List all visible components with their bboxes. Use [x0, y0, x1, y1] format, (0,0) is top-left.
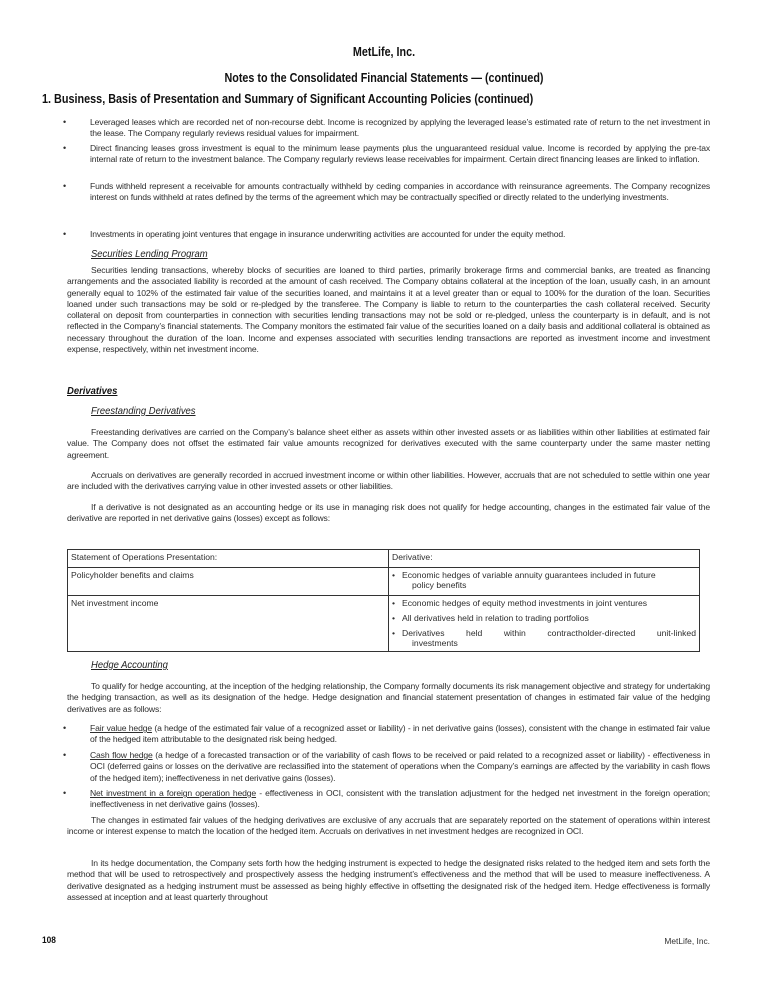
bullet-icon: •	[63, 117, 66, 128]
securities-lending-title: Securities Lending Program	[91, 248, 208, 260]
list-item: • Fair value hedge (a hedge of the estim…	[90, 723, 710, 746]
bullet-icon: •	[392, 628, 395, 638]
hedge-term: Fair value hedge	[90, 723, 152, 733]
derivative-cell: • Economic hedges of variable annuity gu…	[389, 568, 700, 596]
bullet-icon: •	[63, 229, 66, 240]
table-header-row: Statement of Operations Presentation: De…	[68, 550, 700, 568]
section-title: 1. Business, Basis of Presentation and S…	[42, 92, 533, 106]
bullet-icon: •	[392, 598, 395, 608]
presentation-cell: Net investment income	[68, 596, 389, 652]
paragraph: In its hedge documentation, the Company …	[67, 858, 710, 903]
bullet-text: Investments in operating joint ventures …	[90, 229, 565, 239]
derivatives-title: Derivatives	[67, 385, 117, 397]
page-number: 108	[42, 935, 56, 946]
statement-of-operations-table: Statement of Operations Presentation: De…	[67, 549, 700, 652]
company-header: MetLife, Inc.	[54, 45, 714, 59]
presentation-cell: Policyholder benefits and claims	[68, 568, 389, 596]
paragraph: Freestanding derivatives are carried on …	[67, 427, 710, 461]
column-header: Derivative:	[389, 550, 700, 568]
bullet-icon: •	[63, 723, 66, 734]
bullet-icon: •	[392, 613, 395, 623]
hedge-term: Cash flow hedge	[90, 750, 153, 760]
bullet-icon: •	[392, 570, 395, 580]
list-item: • Net investment in a foreign operation …	[90, 788, 710, 811]
list-item: • Cash flow hedge (a hedge of a forecast…	[90, 750, 710, 784]
bullet-text: (a hedge of the estimated fair value of …	[90, 723, 710, 744]
document-page: MetLife, Inc. Notes to the Consolidated …	[0, 0, 768, 993]
hedge-intro-paragraph: To qualify for hedge accounting, at the …	[67, 681, 710, 715]
bullet-text: (a hedge of a forecasted transaction or …	[90, 750, 710, 783]
securities-lending-paragraph: Securities lending transactions, whereby…	[67, 265, 710, 355]
freestanding-derivatives-title: Freestanding Derivatives	[91, 405, 196, 417]
bullet-icon: •	[63, 788, 66, 799]
table-row: Net investment income • Economic hedges …	[68, 596, 700, 652]
column-header: Statement of Operations Presentation:	[68, 550, 389, 568]
paragraph: Accruals on derivatives are generally re…	[67, 470, 710, 493]
list-item: • Economic hedges of equity method inves…	[392, 598, 696, 608]
bullet-text: Leveraged leases which are recorded net …	[90, 117, 710, 138]
bullet-icon: •	[63, 750, 66, 761]
hedge-term: Net investment in a foreign operation he…	[90, 788, 256, 798]
list-item: • All derivatives held in relation to tr…	[392, 613, 696, 623]
bullet-text: Funds withheld represent a receivable fo…	[90, 181, 710, 202]
footer-company: MetLife, Inc.	[664, 936, 710, 946]
list-item: • Direct financing leases gross investme…	[90, 143, 710, 166]
hedge-accounting-title: Hedge Accounting	[91, 659, 168, 671]
paragraph: If a derivative is not designated as an …	[67, 502, 710, 525]
bullet-text: Direct financing leases gross investment…	[90, 143, 710, 164]
table-row: Policyholder benefits and claims • Econo…	[68, 568, 700, 596]
list-item: • Investments in operating joint venture…	[90, 229, 710, 240]
list-item: • Economic hedges of variable annuity gu…	[392, 570, 696, 590]
derivative-cell: • Economic hedges of equity method inves…	[389, 596, 700, 652]
bullet-icon: •	[63, 181, 66, 192]
list-item: • Funds withheld represent a receivable …	[90, 181, 710, 204]
bullet-icon: •	[63, 143, 66, 154]
paragraph: The changes in estimated fair values of …	[67, 815, 710, 838]
list-item: • Leveraged leases which are recorded ne…	[90, 117, 710, 140]
list-item: • Derivatives held within contractholder…	[392, 628, 696, 648]
notes-title: Notes to the Consolidated Financial Stat…	[54, 71, 714, 85]
